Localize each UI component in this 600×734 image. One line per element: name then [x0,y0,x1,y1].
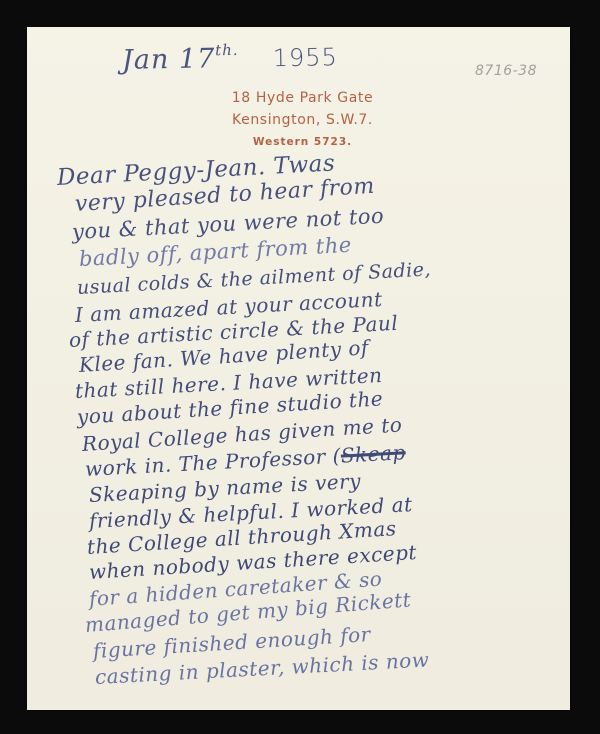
scanned-page: Jan 17th.1955 8716-38 18 Hyde Park Gate … [0,0,600,734]
letter-paper: Jan 17th.1955 8716-38 18 Hyde Park Gate … [27,27,570,710]
letter-body: Dear Peggy-Jean. Twas very pleased to he… [27,27,570,710]
struck-out-word: Skeap [340,440,406,467]
